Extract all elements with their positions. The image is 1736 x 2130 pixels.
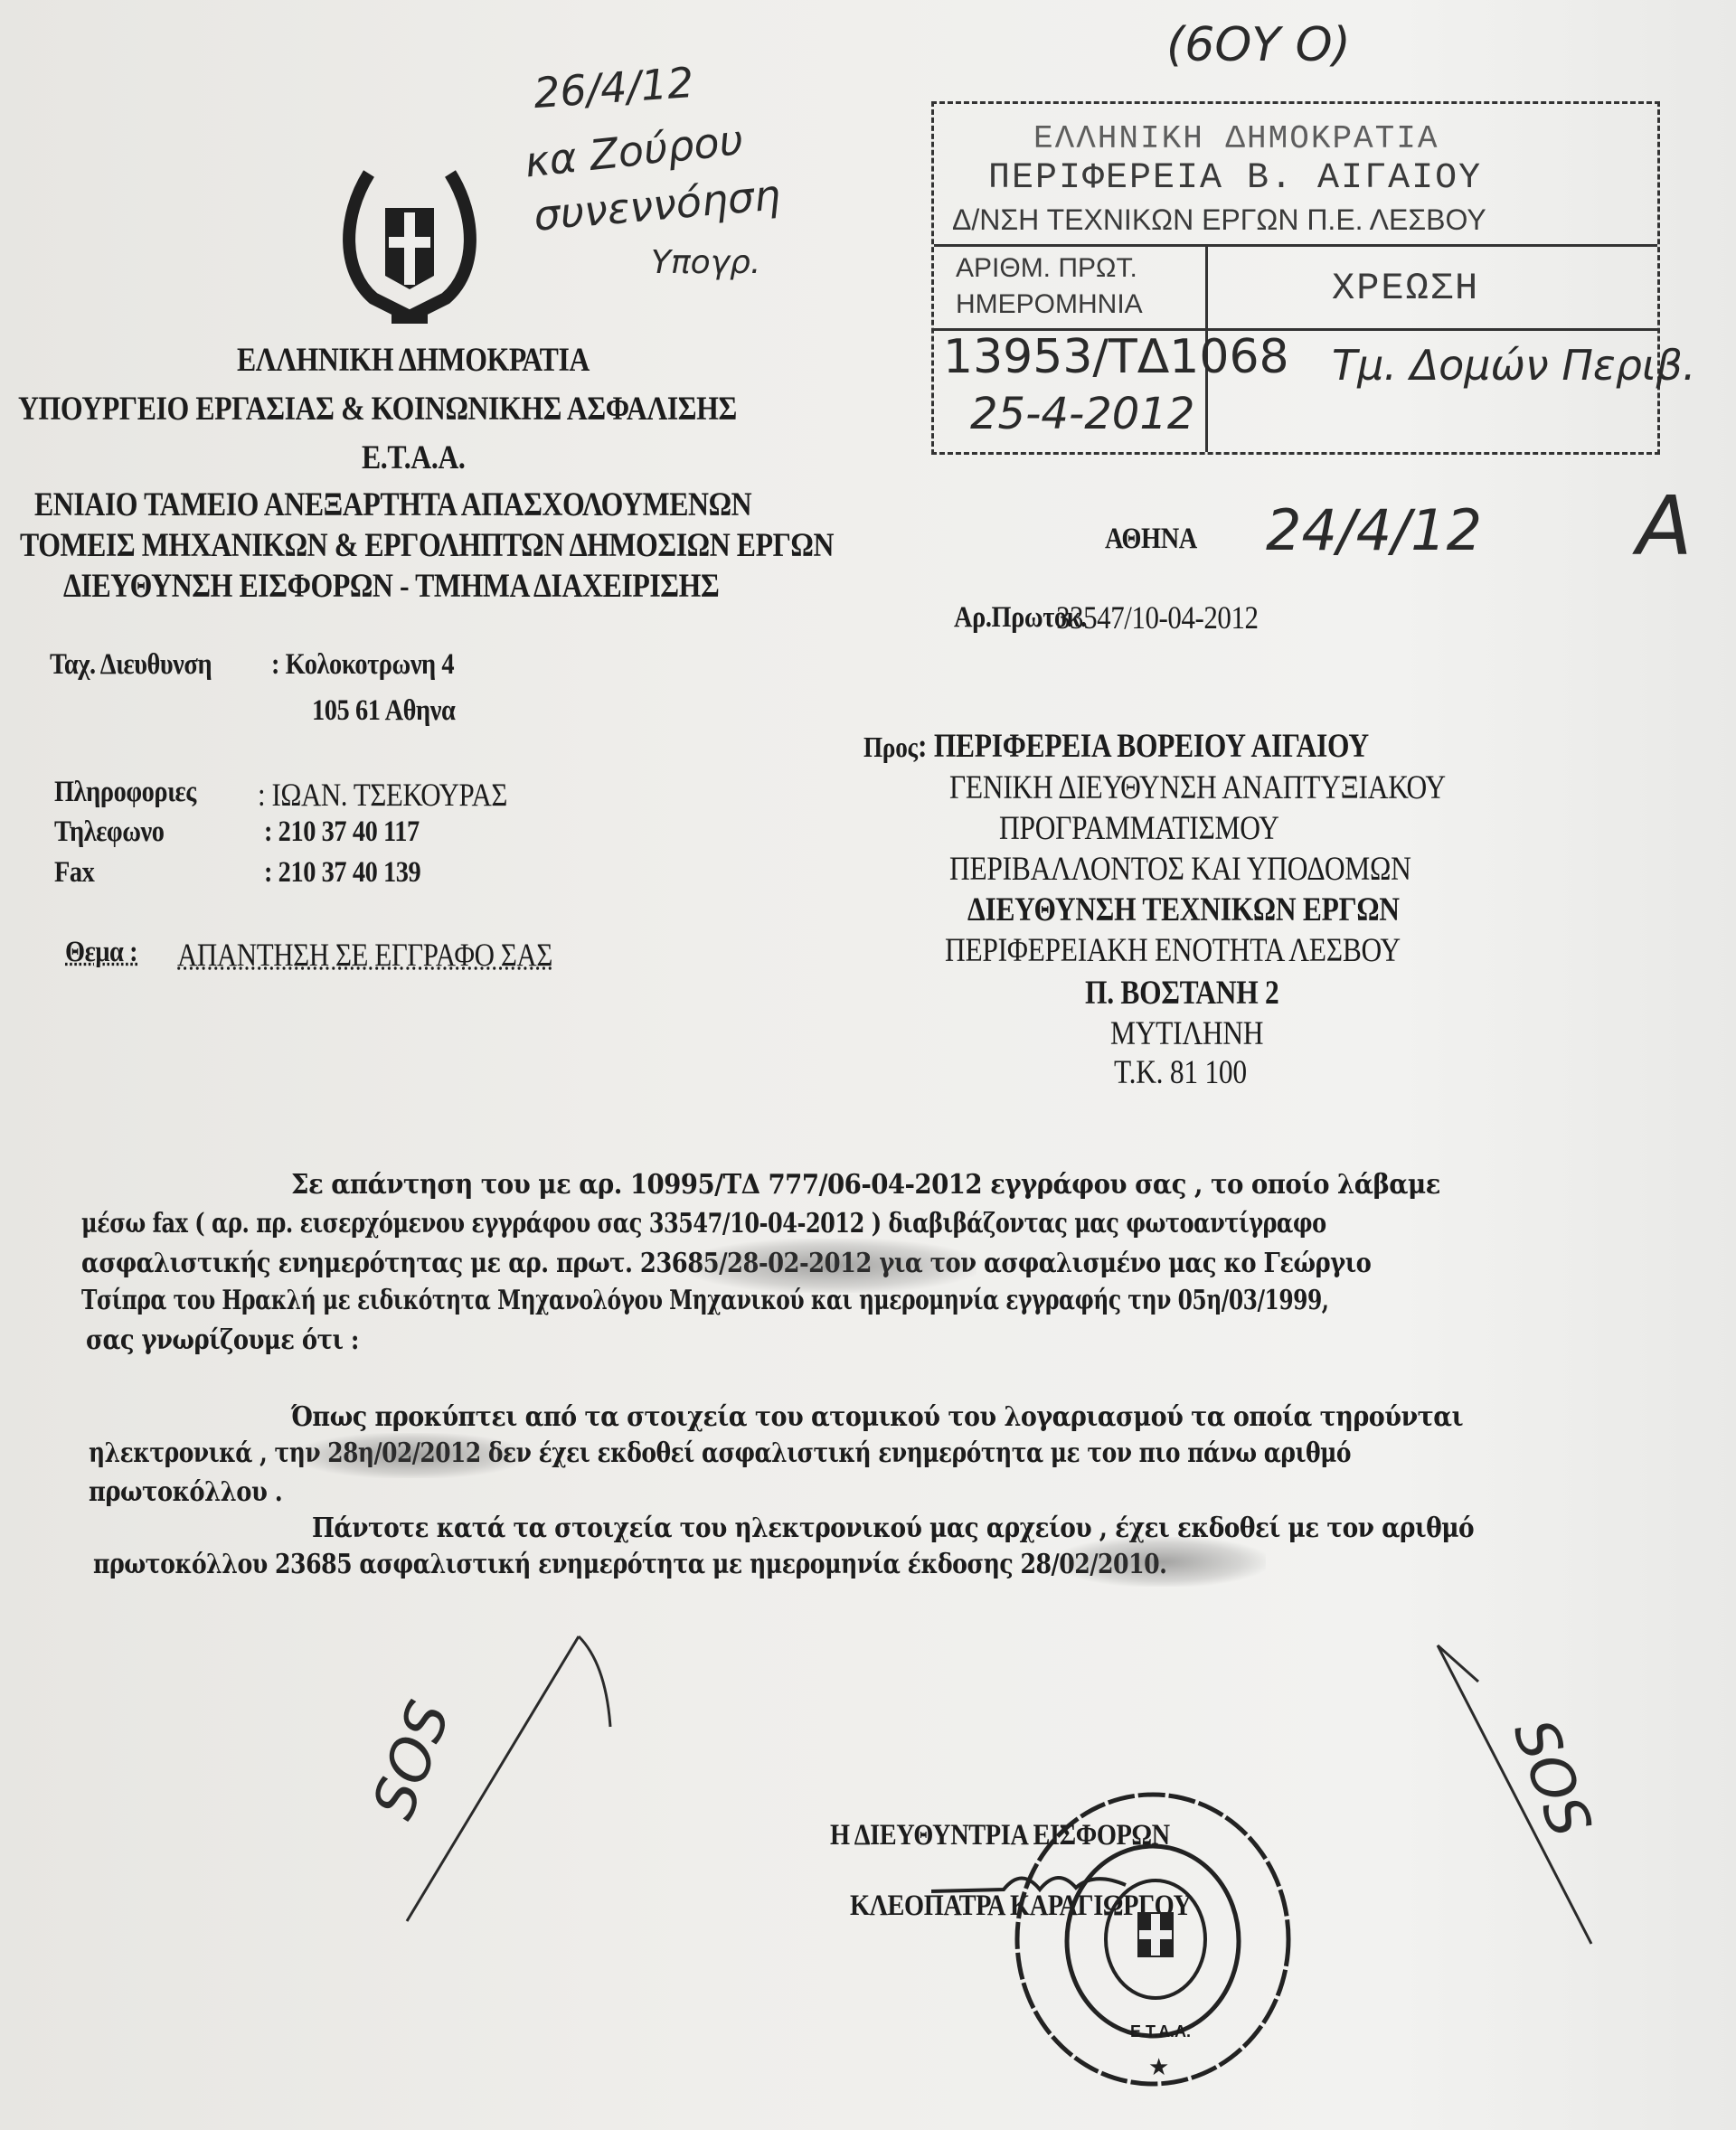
stamp-protocol-number: 13953/ΤΔ1068	[943, 330, 1289, 384]
handwritten-note-signature: Υπογρ.	[651, 244, 760, 281]
recipient-line-2: ΓΕΝΙΚΗ ΔΙΕΥΘΥΝΣΗ ΑΝΑΠΤΥΞΙΑΚΟΥ	[949, 768, 1446, 807]
stamp-line-3: Δ/ΝΣΗ ΤΕΧΝΙΚΩΝ ΕΡΓΩΝ Π.Ε. ΛΕΣΒΟΥ	[952, 203, 1486, 237]
body-p1-line-1: Σε απάντηση του με αρ. 10995/ΤΔ 777/06-0…	[291, 1169, 1440, 1201]
handwritten-top-right: (6ΟΥ Ο)	[1166, 18, 1351, 72]
body-p3-line-1: Πάντοτε κατά τα στοιχεία του ηλεκτρονικο…	[312, 1513, 1474, 1544]
stamp-date: 25-4-2012	[970, 389, 1194, 439]
right-arrow-annotation: SOS	[1410, 1627, 1646, 1953]
handwritten-letter-date: 24/4/12	[1266, 497, 1482, 563]
address-line-2: 105 61 Αθηνα	[312, 694, 455, 728]
recipient-line-1: : ΠΕΡΙΦΕΡΕΙΑ ΒΟΡΕΙΟΥ ΑΙΓΑΙΟΥ	[918, 727, 1369, 766]
sender-line-5: ΤΟΜΕΙΣ ΜΗΧΑΝΙΚΩΝ & ΕΡΓΟΛΗΠΤΩΝ ΔΗΜΟΣΙΩΝ Ε…	[20, 529, 834, 562]
stamp-charge-label: ΧΡΕΩΣΗ	[1332, 267, 1479, 310]
handwritten-note-date: 26/4/12	[532, 58, 695, 118]
svg-text:★: ★	[1148, 2054, 1169, 2080]
sender-line-3: Ε.Τ.Α.Α.	[362, 441, 465, 475]
left-arrow-annotation: SOS	[353, 1609, 642, 1935]
handwritten-initial: A	[1637, 479, 1693, 574]
sender-line-6: ΔΙΕΥΘΥΝΣΗ ΕΙΣΦΟΡΩΝ - ΤΜΗΜΑ ΔΙΑΧΕΙΡΙΣΗΣ	[63, 570, 719, 603]
protocol-value: 33547/10-04-2012	[1056, 598, 1259, 636]
subject-value: ΑΠΑΝΤΗΣΗ ΣΕ ΕΓΓΡΑΦΟ ΣΑΣ	[177, 936, 552, 974]
greek-coat-of-arms-icon	[342, 163, 477, 325]
body-p1-line-2: μέσω fax ( αρ. πρ. εισερχόμενου εγγράφου…	[81, 1208, 1326, 1239]
recipient-line-7: Π. ΒΟΣΤΑΝΗ 2	[1085, 974, 1279, 1013]
incoming-protocol-stamp: ΕΛΛΗΝΙΚΗ ΔΗΜΟΚΡΑΤΙΑ ΠΕΡΙΦΕΡΕΙΑ Β. ΑΙΓΑΙΟ…	[931, 101, 1660, 455]
sender-line-1: ΕΛΛΗΝΙΚΗ ΔΗΜΟΚΡΑΤΙΑ	[237, 344, 590, 377]
phone-value: : 210 37 40 117	[264, 815, 420, 849]
info-value: : ΙΩΑΝ. ΤΣΕΚΟΥΡΑΣ	[258, 776, 507, 814]
recipient-label: Προς	[863, 730, 918, 764]
info-label: Πληροφοριες	[54, 776, 196, 809]
fax-value: : 210 37 40 139	[264, 856, 420, 890]
stamp-date-label: ΗΜΕΡΟΜΗΝΙΑ	[956, 289, 1143, 320]
recipient-line-5: ΔΙΕΥΘΥΝΣΗ ΤΕΧΝΙΚΩΝ ΕΡΓΩΝ	[967, 891, 1400, 929]
stamp-line-1: ΕΛΛΗΝΙΚΗ ΔΗΜΟΚΡΑΤΙΑ	[1033, 120, 1439, 157]
address-line-1: : Κολοκοτρωνη 4	[271, 648, 454, 682]
body-p2-line-1: Όπως προκύπτει από τα στοιχεία του ατομι…	[291, 1401, 1463, 1433]
stamp-assigned-department: Τμ. Δομών Περιβ.	[1332, 341, 1696, 390]
subject-label: Θεμα :	[65, 936, 137, 969]
sender-line-2: ΥΠΟΥΡΓΕΙΟ ΕΡΓΑΣΙΑΣ & ΚΟΙΝΩΝΙΚΗΣ ΑΣΦΑΛΙΣΗ…	[18, 392, 737, 426]
body-p3-line-2: πρωτοκόλλου 23685 ασφαλιστική ενημερότητ…	[93, 1549, 1166, 1580]
body-p2-line-3: πρωτοκόλλου .	[89, 1476, 282, 1508]
phone-label: Τηλεφωνο	[54, 815, 165, 849]
body-p1-line-5: σας γνωρίζουμε ότι :	[86, 1324, 359, 1356]
address-label: Ταχ. Διευθυνση	[50, 648, 212, 682]
redaction-smudge	[1058, 1537, 1266, 1587]
recipient-line-8: ΜΥΤΙΛΗΝΗ	[1110, 1014, 1263, 1053]
recipient-line-6: ΠΕΡΙΦΕΡΕΙΑΚΗ ΕΝΟΤΗΤΑ ΛΕΣΒΟΥ	[945, 931, 1401, 970]
official-seal: ★ ΕΛΛΗΝΙΚΗ ΔΗΜΟΚΡΑΤΙΑ ΥΠΟΥΡΓΕΙΟ ΕΡΓΑΣΙΑΣ…	[1004, 1786, 1302, 2093]
recipient-line-3: ΠΡΟΓΡΑΜΜΑΤΙΣΜΟΥ	[999, 809, 1279, 848]
fax-label: Fax	[54, 856, 94, 890]
stamp-protocol-label: ΑΡΙΘΜ. ΠΡΩΤ.	[956, 253, 1137, 284]
recipient-line-9: Τ.Κ. 81 100	[1114, 1053, 1247, 1092]
recipient-line-4: ΠΕΡΙΒΑΛΛΟΝΤΟΣ ΚΑΙ ΥΠΟΔΟΜΩΝ	[949, 850, 1411, 889]
sender-line-4: ΕΝΙΑΙΟ ΤΑΜΕΙΟ ΑΝΕΞΑΡΤΗΤΑ ΑΠΑΣΧΟΛΟΥΜΕΝΩΝ	[34, 488, 751, 522]
redaction-smudge	[687, 1239, 976, 1293]
redaction-smudge	[298, 1433, 524, 1478]
stamp-line-2: ΠΕΡΙΦΕΡΕΙΑ Β. ΑΙΓΑΙΟΥ	[988, 158, 1482, 199]
place-label: ΑΘΗΝΑ	[1105, 523, 1197, 556]
seal-center-text: Ε.Τ.Α.Α.	[1130, 2022, 1191, 2041]
body-p2-line-2: ηλεκτρονικά , την 28η/02/2012 δεν έχει ε…	[89, 1437, 1351, 1469]
